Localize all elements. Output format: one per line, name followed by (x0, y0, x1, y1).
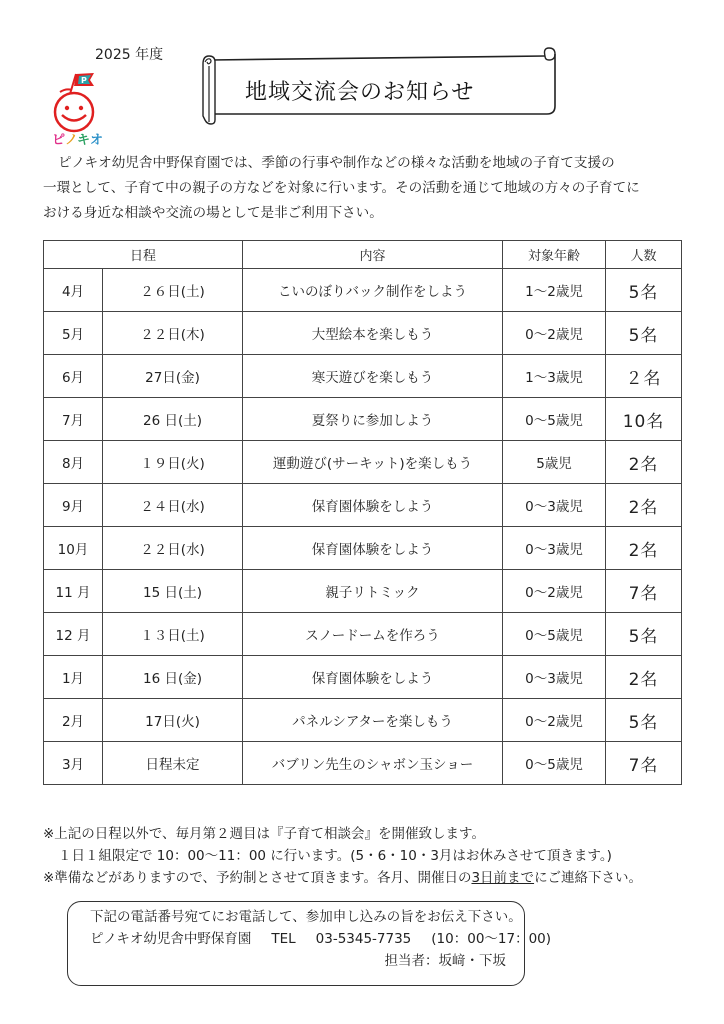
capacity-cell: 2名 (606, 656, 682, 699)
capacity-cell: 10名 (606, 398, 682, 441)
month-cell: 8月 (44, 441, 103, 484)
date-cell: 日程未定 (103, 742, 243, 785)
date-cell: １３日(土) (103, 613, 243, 656)
table-row: 2月 17日(火) パネルシアターを楽しもう 0～2歳児 5名 (44, 699, 682, 742)
schedule-table: 日程 内容 対象年齢 人数 4月 ２６日(土) こいのぼりバック制作をしよう 1… (43, 240, 682, 785)
intro-line: ピノキオ幼児舎中野保育園では、季節の行事や制作などの様々な活動を地域の子育て支援… (43, 151, 683, 176)
note-line: １日１組限定で 10：00～11：00 に行います。(5・6・10・3月はお休み… (43, 845, 703, 867)
note-text: にご連絡下さい。 (534, 870, 642, 886)
age-cell: 5歳児 (503, 441, 606, 484)
age-cell: 0～5歳児 (503, 613, 606, 656)
table-row: 8月 １９日(火) 運動遊び(サーキット)を楽しもう 5歳児 2名 (44, 441, 682, 484)
age-cell: 0～3歳児 (503, 484, 606, 527)
table-row: 3月 日程未定 バブリン先生のシャボン玉ショー 0～5歳児 7名 (44, 742, 682, 785)
capacity-cell: 5名 (606, 269, 682, 312)
month-cell: 2月 (44, 699, 103, 742)
date-cell: ２４日(水) (103, 484, 243, 527)
capacity-cell: 2名 (606, 484, 682, 527)
content-cell: こいのぼりバック制作をしよう (243, 269, 503, 312)
date-cell: ２６日(土) (103, 269, 243, 312)
note-line: ※準備などがありますので、予約制とさせて頂きます。各月、開催日の3日前までにご連… (43, 867, 703, 889)
svg-text:ピ: ピ (52, 133, 65, 148)
capacity-cell: 5名 (606, 699, 682, 742)
contact-box: 下記の電話番号宛てにお電話して、参加申し込みの旨をお伝え下さい。 ピノキオ幼児舎… (67, 901, 525, 986)
table-row: 11 月 15 日(土) 親子リトミック 0～2歳児 7名 (44, 570, 682, 613)
phone-number[interactable]: 03-5345-7735 (316, 931, 412, 947)
age-cell: 1～3歳児 (503, 355, 606, 398)
header-age: 対象年齢 (503, 241, 606, 269)
age-cell: 0～2歳児 (503, 570, 606, 613)
svg-text:P: P (81, 76, 87, 85)
note-text: ※準備などがありますので、予約制とさせて頂きます。各月、開催日の (43, 870, 471, 886)
capacity-cell: 5名 (606, 312, 682, 355)
age-cell: 0～2歳児 (503, 699, 606, 742)
content-cell: 保育園体験をしよう (243, 656, 503, 699)
capacity-cell: 5名 (606, 613, 682, 656)
content-cell: 運動遊び(サーキット)を楽しもう (243, 441, 503, 484)
intro-line: おける身近な相談や交流の場として是非ご利用下さい。 (43, 201, 683, 226)
header-content: 内容 (243, 241, 503, 269)
pinokio-mascot-icon: P ピ ノ キ オ (50, 70, 114, 148)
header-schedule: 日程 (44, 241, 243, 269)
intro-line: 一環として、子育て中の親子の方などを対象に行います。その活動を通じて地域の方々の… (43, 176, 683, 201)
date-cell: 15 日(土) (103, 570, 243, 613)
content-cell: 大型絵本を楽しもう (243, 312, 503, 355)
month-cell: 6月 (44, 355, 103, 398)
year-label: 2025 年度 (95, 44, 163, 64)
table-row: 1月 16 日(金) 保育園体験をしよう 0～3歳児 2名 (44, 656, 682, 699)
month-cell: 4月 (44, 269, 103, 312)
table-row: 10月 ２２日(水) 保育園体験をしよう 0～3歳児 2名 (44, 527, 682, 570)
age-cell: 1～2歳児 (503, 269, 606, 312)
capacity-cell: 7名 (606, 570, 682, 613)
table-row: 9月 ２４日(水) 保育園体験をしよう 0～3歳児 2名 (44, 484, 682, 527)
month-cell: 11 月 (44, 570, 103, 613)
content-cell: 保育園体験をしよう (243, 527, 503, 570)
notes-section: ※上記の日程以外で、毎月第２週目は『子育て相談会』を開催致します。 １日１組限定… (43, 823, 703, 889)
header-capacity: 人数 (606, 241, 682, 269)
contact-instruction: 下記の電話番号宛てにお電話して、参加申し込みの旨をお伝え下さい。 (90, 906, 524, 928)
svg-text:キ: キ (77, 133, 90, 148)
tel-label: TEL (271, 931, 295, 947)
table-row: 5月 ２２日(木) 大型絵本を楽しもう 0～2歳児 5名 (44, 312, 682, 355)
table-header-row: 日程 内容 対象年齢 人数 (44, 241, 682, 269)
month-cell: 3月 (44, 742, 103, 785)
date-cell: 17日(火) (103, 699, 243, 742)
age-cell: 0～5歳児 (503, 742, 606, 785)
table-row: 12 月 １３日(土) スノードームを作ろう 0～5歳児 5名 (44, 613, 682, 656)
date-cell: 16 日(金) (103, 656, 243, 699)
capacity-cell: 2名 (606, 441, 682, 484)
content-cell: 夏祭りに参加しよう (243, 398, 503, 441)
contact-phone-line: ピノキオ幼児舎中野保育園TEL03-5345-7735(10：00～17：00) (90, 928, 524, 950)
date-cell: ２２日(水) (103, 527, 243, 570)
content-cell: パネルシアターを楽しもう (243, 699, 503, 742)
pinokio-logo: P ピ ノ キ オ (50, 70, 114, 148)
org-name: ピノキオ幼児舎中野保育園 (90, 931, 251, 947)
page-title: 地域交流会のお知らせ (225, 70, 545, 110)
month-cell: 9月 (44, 484, 103, 527)
staff-names: 担当者：坂﨑・下坂 (90, 950, 524, 972)
content-cell: 寒天遊びを楽しもう (243, 355, 503, 398)
table-row: 6月 27日(金) 寒天遊びを楽しもう 1～3歳児 ２名 (44, 355, 682, 398)
date-cell: １９日(火) (103, 441, 243, 484)
age-cell: 0～3歳児 (503, 656, 606, 699)
svg-text:オ: オ (90, 133, 103, 148)
month-cell: 7月 (44, 398, 103, 441)
content-cell: バブリン先生のシャボン玉ショー (243, 742, 503, 785)
content-cell: 親子リトミック (243, 570, 503, 613)
age-cell: 0～5歳児 (503, 398, 606, 441)
month-cell: 10月 (44, 527, 103, 570)
month-cell: 5月 (44, 312, 103, 355)
content-cell: 保育園体験をしよう (243, 484, 503, 527)
deadline-underlined: 3日前まで (471, 870, 534, 886)
table-row: 4月 ２６日(土) こいのぼりバック制作をしよう 1～2歳児 5名 (44, 269, 682, 312)
date-cell: ２２日(木) (103, 312, 243, 355)
age-cell: 0～2歳児 (503, 312, 606, 355)
month-cell: 12 月 (44, 613, 103, 656)
intro-paragraph: ピノキオ幼児舎中野保育園では、季節の行事や制作などの様々な活動を地域の子育て支援… (43, 151, 683, 226)
phone-hours: (10：00～17：00) (431, 931, 551, 947)
note-line: ※上記の日程以外で、毎月第２週目は『子育て相談会』を開催致します。 (43, 823, 703, 845)
date-cell: 27日(金) (103, 355, 243, 398)
month-cell: 1月 (44, 656, 103, 699)
capacity-cell: 7名 (606, 742, 682, 785)
date-cell: 26 日(土) (103, 398, 243, 441)
table-row: 7月 26 日(土) 夏祭りに参加しよう 0～5歳児 10名 (44, 398, 682, 441)
content-cell: スノードームを作ろう (243, 613, 503, 656)
age-cell: 0～3歳児 (503, 527, 606, 570)
capacity-cell: ２名 (606, 355, 682, 398)
capacity-cell: 2名 (606, 527, 682, 570)
